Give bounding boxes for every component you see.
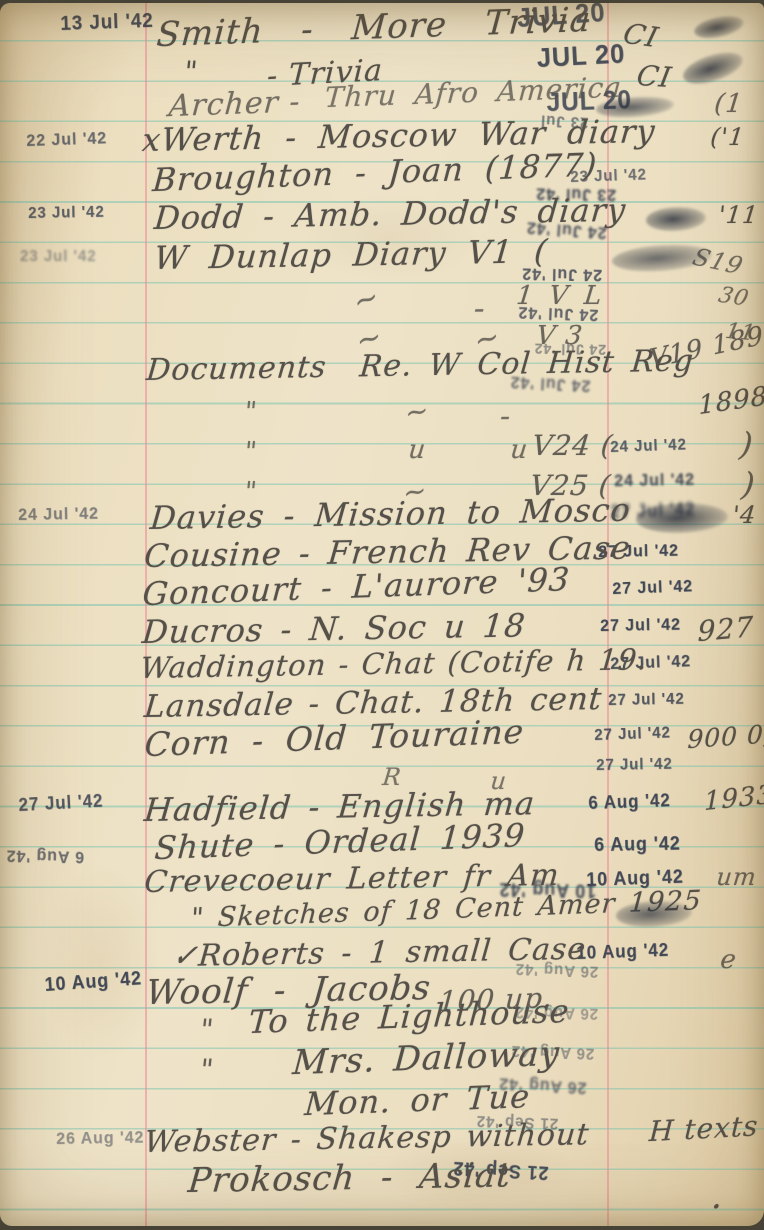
- date-stamp: 24 Jul '42: [610, 436, 687, 457]
- date-stamp: JUL 20: [536, 38, 626, 74]
- date-stamp: 6 Aug '42: [594, 833, 681, 857]
- date-stamp: 23 Jul '42: [20, 248, 97, 266]
- paper-background: 13 Jul '4222 Jul '4223 Jul '4223 Jul '42…: [0, 3, 764, 1226]
- date-stamp: 24 Jul '42: [614, 470, 695, 491]
- date-stamp: 10 Aug '42: [576, 940, 669, 964]
- ink-smudge: [692, 12, 745, 42]
- handwritten-entry: H texts: [648, 1109, 759, 1148]
- date-stamp: 13 Jul '42: [60, 10, 154, 36]
- handwritten-mark: u: [509, 435, 530, 465]
- date-stamp: 27 Jul '42: [18, 791, 104, 816]
- date-stamp: 26 Aug '42: [56, 1127, 144, 1149]
- date-stamp: 27 Jul '42: [608, 691, 685, 710]
- date-stamp: 6 Aug '42: [588, 790, 671, 814]
- handwritten-mark: 1933: [704, 780, 764, 818]
- date-stamp: 27 Jul '42: [596, 756, 673, 775]
- scanned-ledger-card: 13 Jul '4222 Jul '4223 Jul '4223 Jul '42…: [0, 0, 764, 1230]
- date-stamp: 27 Jul '42: [600, 615, 681, 636]
- handwritten-mark: e: [719, 945, 739, 975]
- date-stamp: 27 Jul '42: [594, 724, 671, 745]
- handwritten-mark: V24 (: [531, 429, 615, 462]
- date-stamp: 23 Jul '42: [28, 204, 105, 223]
- handwritten-entry: 900 0): [687, 719, 764, 754]
- handwritten-mark: ~: [404, 393, 430, 430]
- date-stamp: 22 Jul '42: [26, 128, 107, 151]
- date-stamp: 27 Jul '42: [612, 576, 693, 599]
- handwritten-mark: 30: [716, 283, 752, 312]
- handwritten-mark: 1 V L: [515, 281, 604, 311]
- handwritten-entry: ✓Roberts - 1 small Case: [171, 932, 588, 974]
- handwritten-mark: u: [407, 435, 428, 465]
- handwritten-entry: W Dunlap Diary V1 (: [153, 232, 550, 277]
- handwritten-mark: '11: [717, 201, 760, 229]
- handwritten-entry: Mon. or Tue: [303, 1077, 531, 1123]
- date-stamp: 24 Jul '42: [18, 504, 99, 525]
- handwritten-mark: '4: [731, 501, 758, 529]
- handwritten-mark: ('1: [709, 123, 746, 151]
- handwritten-mark: CI: [634, 59, 674, 94]
- handwritten-mark: (1: [713, 89, 745, 119]
- handwritten-mark: um: [715, 863, 758, 891]
- handwritten-entry: Prokosch - Asiat: [186, 1155, 512, 1201]
- date-stamp: 6 Aug '42: [6, 846, 85, 867]
- handwritten-mark: 927: [697, 610, 754, 648]
